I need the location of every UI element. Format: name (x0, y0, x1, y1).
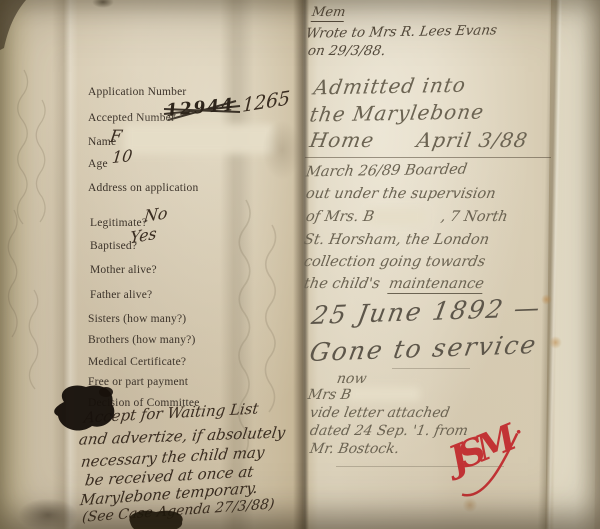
later-line: Mr. Bostock. (309, 441, 401, 457)
boarding-line: the child's maintenance (303, 276, 486, 292)
scanned-admission-form: Application Number Accepted Number 12944… (0, 0, 600, 529)
boarding-line: out under the supervision (305, 186, 497, 202)
boarding-line: St. Horsham, the London (303, 232, 491, 248)
later-line: vide letter attached (309, 405, 451, 421)
memo-heading: Mem (311, 5, 346, 20)
admission-line: Admitted into (312, 73, 468, 100)
boarding-line: collection going towards (303, 254, 487, 270)
mrs-b-redaction (348, 387, 420, 401)
corner-crease-mark (0, 0, 34, 50)
sisters-label: Sisters (how many?) (88, 313, 186, 325)
ink-blot (124, 508, 188, 529)
later-mrs-b: Mrs B (307, 387, 353, 403)
boarding-line: March 26/89 Boarded (305, 162, 469, 181)
medical-certificate-label: Medical Certificate? (88, 356, 186, 368)
section-rule (305, 157, 551, 158)
accepted-number-label: Accepted Number (88, 112, 175, 124)
admission-line: Home April 3/88 (308, 128, 530, 152)
name-redaction (124, 124, 274, 154)
mother-alive-label: Mother alive? (90, 264, 157, 276)
underlying-page-edge (545, 0, 600, 529)
legitimate-value: No (143, 203, 168, 226)
memo-line: on 29/3/88. (307, 43, 387, 59)
later-now: now (336, 371, 368, 387)
father-alive-label: Father alive? (90, 289, 152, 301)
service-underline (392, 368, 470, 369)
application-number-label: Application Number (88, 86, 186, 98)
age-label: Age (88, 158, 108, 170)
age-value: 10 (111, 146, 133, 167)
brothers-label: Brothers (how many?) (88, 334, 195, 346)
boarding-line: of Mrs. B , 7 North (305, 209, 509, 225)
later-line: dated 24 Sep. '1. from (309, 423, 470, 439)
admission-line: the Marylebone (308, 99, 486, 126)
address-label: Address on application (88, 182, 198, 194)
name-value: F (109, 127, 124, 147)
ink-blot (48, 380, 120, 438)
memo-line: Wrote to Mrs R. Lees Evans (305, 22, 498, 41)
struck-accepted-number: 12944 (166, 98, 235, 118)
